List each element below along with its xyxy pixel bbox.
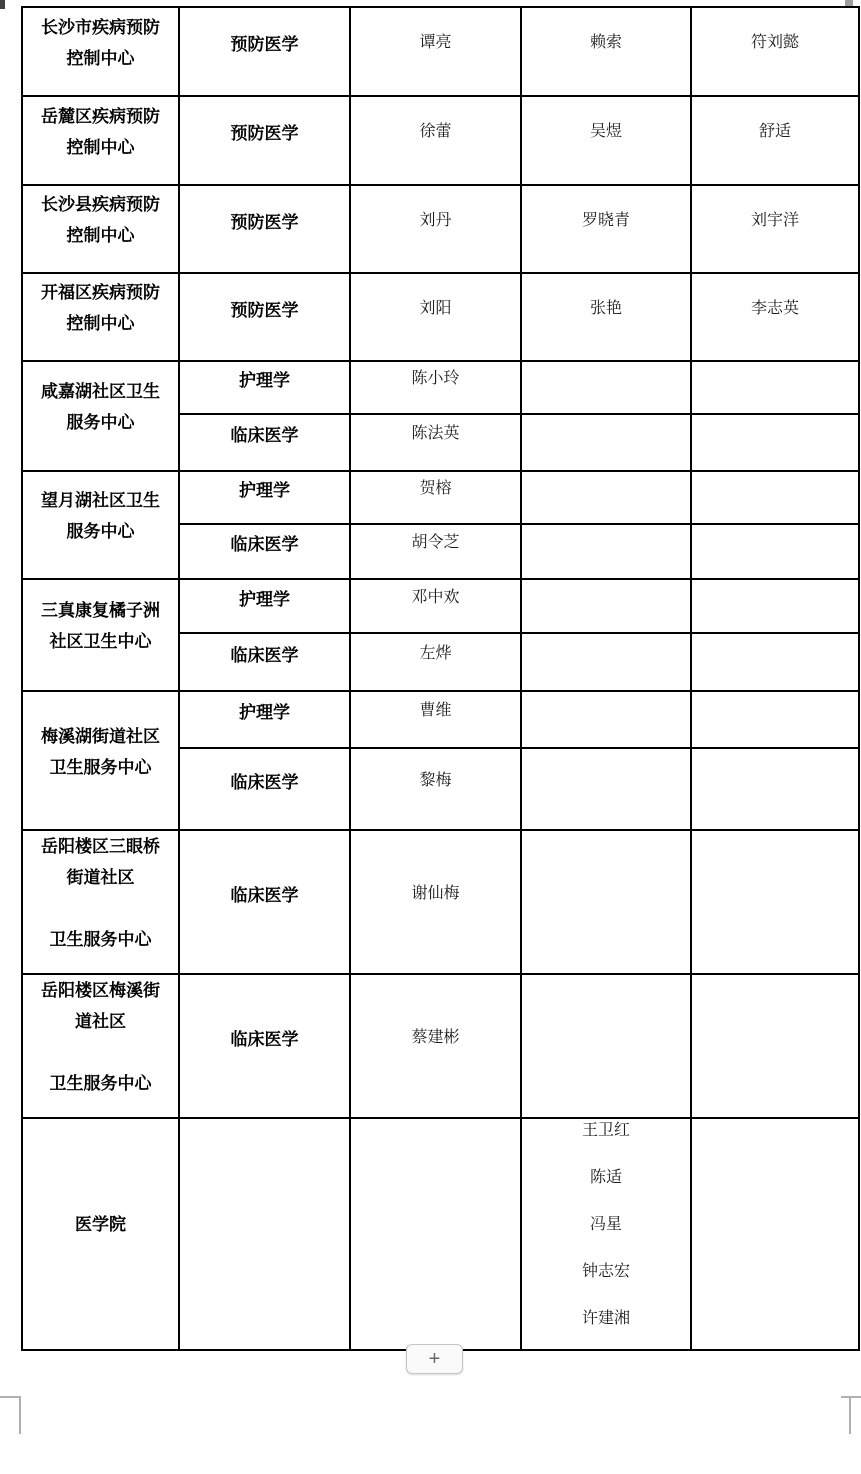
major-cell: 临床医学 [179, 414, 350, 471]
name-cell [521, 471, 691, 524]
table-row: 开福区疾病预防 控制中心 预防医学 刘阳 张艳 李志英 [22, 273, 859, 361]
table-row: 长沙市疾病预防 控制中心 预防医学 谭亮 赖索 符刘懿 [22, 7, 859, 96]
major-cell: 预防医学 [179, 96, 350, 185]
name-cell: 罗晓青 [521, 185, 691, 273]
major-cell: 预防医学 [179, 273, 350, 361]
name-cell [521, 633, 691, 691]
institution-cell: 咸嘉湖社区卫生 服务中心 [22, 361, 179, 471]
major-cell: 护理学 [179, 691, 350, 748]
table-row: 长沙县疾病预防 控制中心 预防医学 刘丹 罗晓青 刘宇洋 [22, 185, 859, 273]
institution-cell: 开福区疾病预防 控制中心 [22, 273, 179, 361]
name-cell: 邓中欢 [350, 579, 521, 633]
table-row: 咸嘉湖社区卫生 服务中心 护理学 陈小玲 [22, 361, 859, 414]
major-cell: 临床医学 [179, 974, 350, 1118]
institution-cell: 长沙市疾病预防 控制中心 [22, 7, 179, 96]
page-corner-mark-right [841, 1396, 861, 1398]
institution-cell: 岳阳楼区梅溪街 道社区 卫生服务中心 [22, 974, 179, 1118]
name-cell: 舒适 [691, 96, 859, 185]
name-list-cell: 王卫红 陈适 冯星 钟志宏 许建湘 [521, 1118, 691, 1350]
add-table-row-button[interactable]: + [406, 1344, 463, 1374]
name-cell [521, 414, 691, 471]
name-cell [691, 579, 859, 633]
name-cell [691, 633, 859, 691]
document-page: 长沙市疾病预防 控制中心 预防医学 谭亮 赖索 符刘懿 岳麓区疾病预防 控制中心… [0, 0, 861, 1474]
name-cell [521, 748, 691, 830]
table-row: 岳麓区疾病预防 控制中心 预防医学 徐蕾 吴煜 舒适 [22, 96, 859, 185]
major-cell: 预防医学 [179, 185, 350, 273]
name-cell: 李志英 [691, 273, 859, 361]
major-cell: 护理学 [179, 579, 350, 633]
name-cell [691, 361, 859, 414]
name-cell [691, 524, 859, 579]
table-row: 望月湖社区卫生 服务中心 护理学 贺榕 [22, 471, 859, 524]
name-cell: 徐蕾 [350, 96, 521, 185]
name-cell [691, 691, 859, 748]
name-cell: 张艳 [521, 273, 691, 361]
name-cell: 陈法英 [350, 414, 521, 471]
table-row: 三真康复橘子洲 社区卫生中心 护理学 邓中欢 [22, 579, 859, 633]
name-cell [521, 579, 691, 633]
name-cell: 吴煜 [521, 96, 691, 185]
major-cell: 临床医学 [179, 748, 350, 830]
name-cell [521, 830, 691, 974]
institution-cell: 三真康复橘子洲 社区卫生中心 [22, 579, 179, 691]
major-cell: 预防医学 [179, 7, 350, 96]
name-cell [521, 691, 691, 748]
name-cell [691, 471, 859, 524]
major-cell: 临床医学 [179, 524, 350, 579]
institution-cell: 医学院 [22, 1118, 179, 1350]
major-cell: 护理学 [179, 361, 350, 414]
name-cell: 赖索 [521, 7, 691, 96]
name-cell: 刘阳 [350, 273, 521, 361]
name-cell [691, 974, 859, 1118]
name-cell: 陈小玲 [350, 361, 521, 414]
table-row: 岳阳楼区梅溪街 道社区 卫生服务中心 临床医学 蔡建彬 [22, 974, 859, 1118]
page-corner-mark-left [19, 1396, 21, 1434]
major-cell: 临床医学 [179, 633, 350, 691]
name-cell: 符刘懿 [691, 7, 859, 96]
name-cell [521, 974, 691, 1118]
major-cell: 护理学 [179, 471, 350, 524]
table-row: 岳阳楼区三眼桥 街道社区 卫生服务中心 临床医学 谢仙梅 [22, 830, 859, 974]
name-cell: 刘宇洋 [691, 185, 859, 273]
table-row: 梅溪湖街道社区 卫生服务中心 护理学 曹维 [22, 691, 859, 748]
name-cell [691, 414, 859, 471]
name-cell: 谭亮 [350, 7, 521, 96]
name-cell: 贺榕 [350, 471, 521, 524]
institution-cell: 岳麓区疾病预防 控制中心 [22, 96, 179, 185]
name-cell: 蔡建彬 [350, 974, 521, 1118]
name-cell: 刘丹 [350, 185, 521, 273]
plus-icon: + [429, 1348, 441, 1370]
name-cell: 曹维 [350, 691, 521, 748]
name-cell: 胡令芝 [350, 524, 521, 579]
name-cell [521, 361, 691, 414]
page-corner-mark-left [0, 1396, 20, 1398]
institution-cell: 岳阳楼区三眼桥 街道社区 卫生服务中心 [22, 830, 179, 974]
name-cell [350, 1118, 521, 1350]
table-row: 医学院 王卫红 陈适 冯星 钟志宏 许建湘 [22, 1118, 859, 1350]
name-cell [691, 830, 859, 974]
name-cell: 左烨 [350, 633, 521, 691]
name-cell: 谢仙梅 [350, 830, 521, 974]
name-cell [691, 1118, 859, 1350]
name-cell: 黎梅 [350, 748, 521, 830]
institution-cell: 梅溪湖街道社区 卫生服务中心 [22, 691, 179, 830]
institution-cell: 望月湖社区卫生 服务中心 [22, 471, 179, 579]
page-corner-mark-right [849, 1396, 851, 1434]
major-cell: 临床医学 [179, 830, 350, 974]
name-cell [521, 524, 691, 579]
institution-cell: 长沙县疾病预防 控制中心 [22, 185, 179, 273]
name-cell [691, 748, 859, 830]
clipped-fragment-top-left [0, 0, 5, 9]
placement-table: 长沙市疾病预防 控制中心 预防医学 谭亮 赖索 符刘懿 岳麓区疾病预防 控制中心… [21, 6, 860, 1351]
major-cell [179, 1118, 350, 1350]
